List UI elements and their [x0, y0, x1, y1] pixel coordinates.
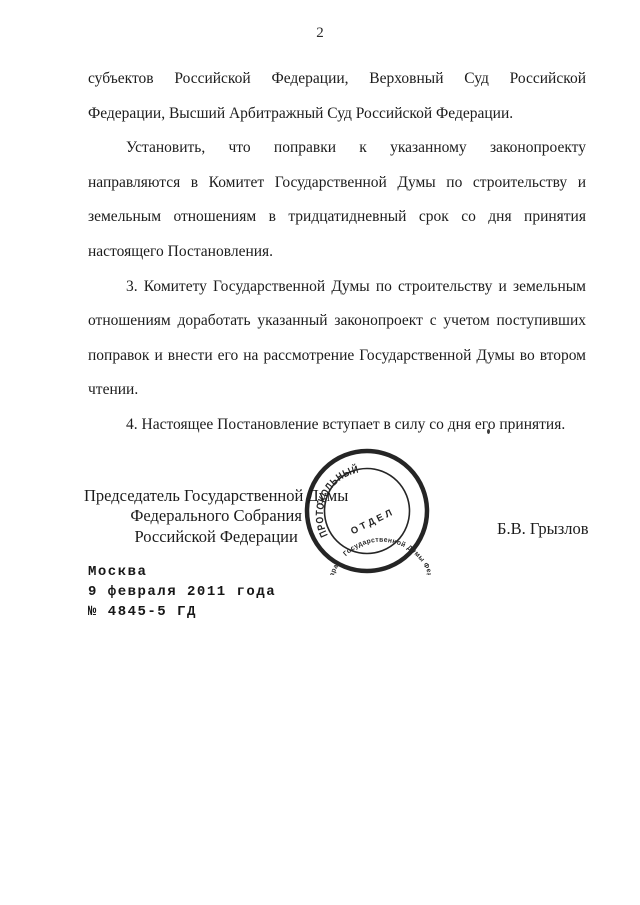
body-line: 3. Комитету Государственной Думы по стро… — [88, 270, 586, 305]
body-line: земельным отношениям в тридцатидневный с… — [88, 200, 586, 235]
document-page: 2 субъектов Российской Федерации, Верхов… — [0, 0, 640, 905]
stamp-center-bottom-label: ОТДЕЛ — [349, 506, 397, 537]
protocol-department-stamp: Государственной Думы Федерального Собран… — [303, 447, 431, 575]
signer-name: Б.В. Грызлов — [497, 519, 588, 539]
body-line: направляются в Комитет Государственной Д… — [88, 166, 586, 201]
body-line: настоящего Постановления. — [88, 235, 586, 270]
page-number: 2 — [0, 25, 640, 42]
body-line: отношениям доработать указанный законопр… — [88, 304, 586, 339]
footer-date: 9 февраля 2011 года — [88, 582, 276, 602]
body-line: субъектов Российской Федерации, Верховны… — [88, 62, 586, 97]
body-line: Федерации, Высший Арбитражный Суд Россий… — [88, 97, 586, 132]
footer-city: Москва — [88, 562, 276, 582]
body-line: поправок и внести его на рассмотрение Го… — [88, 339, 586, 374]
footer-number: № 4845-5 ГД — [88, 602, 276, 622]
ink-speck — [487, 429, 490, 434]
body-line: Установить, что поправки к указанному за… — [88, 131, 586, 166]
body-line: чтении. — [88, 373, 586, 408]
body-line: 4. Настоящее Постановление вступает в си… — [88, 408, 586, 443]
footer-block: Москва 9 февраля 2011 года № 4845-5 ГД — [88, 562, 276, 622]
body-text: субъектов Российской Федерации, Верховны… — [88, 62, 586, 443]
